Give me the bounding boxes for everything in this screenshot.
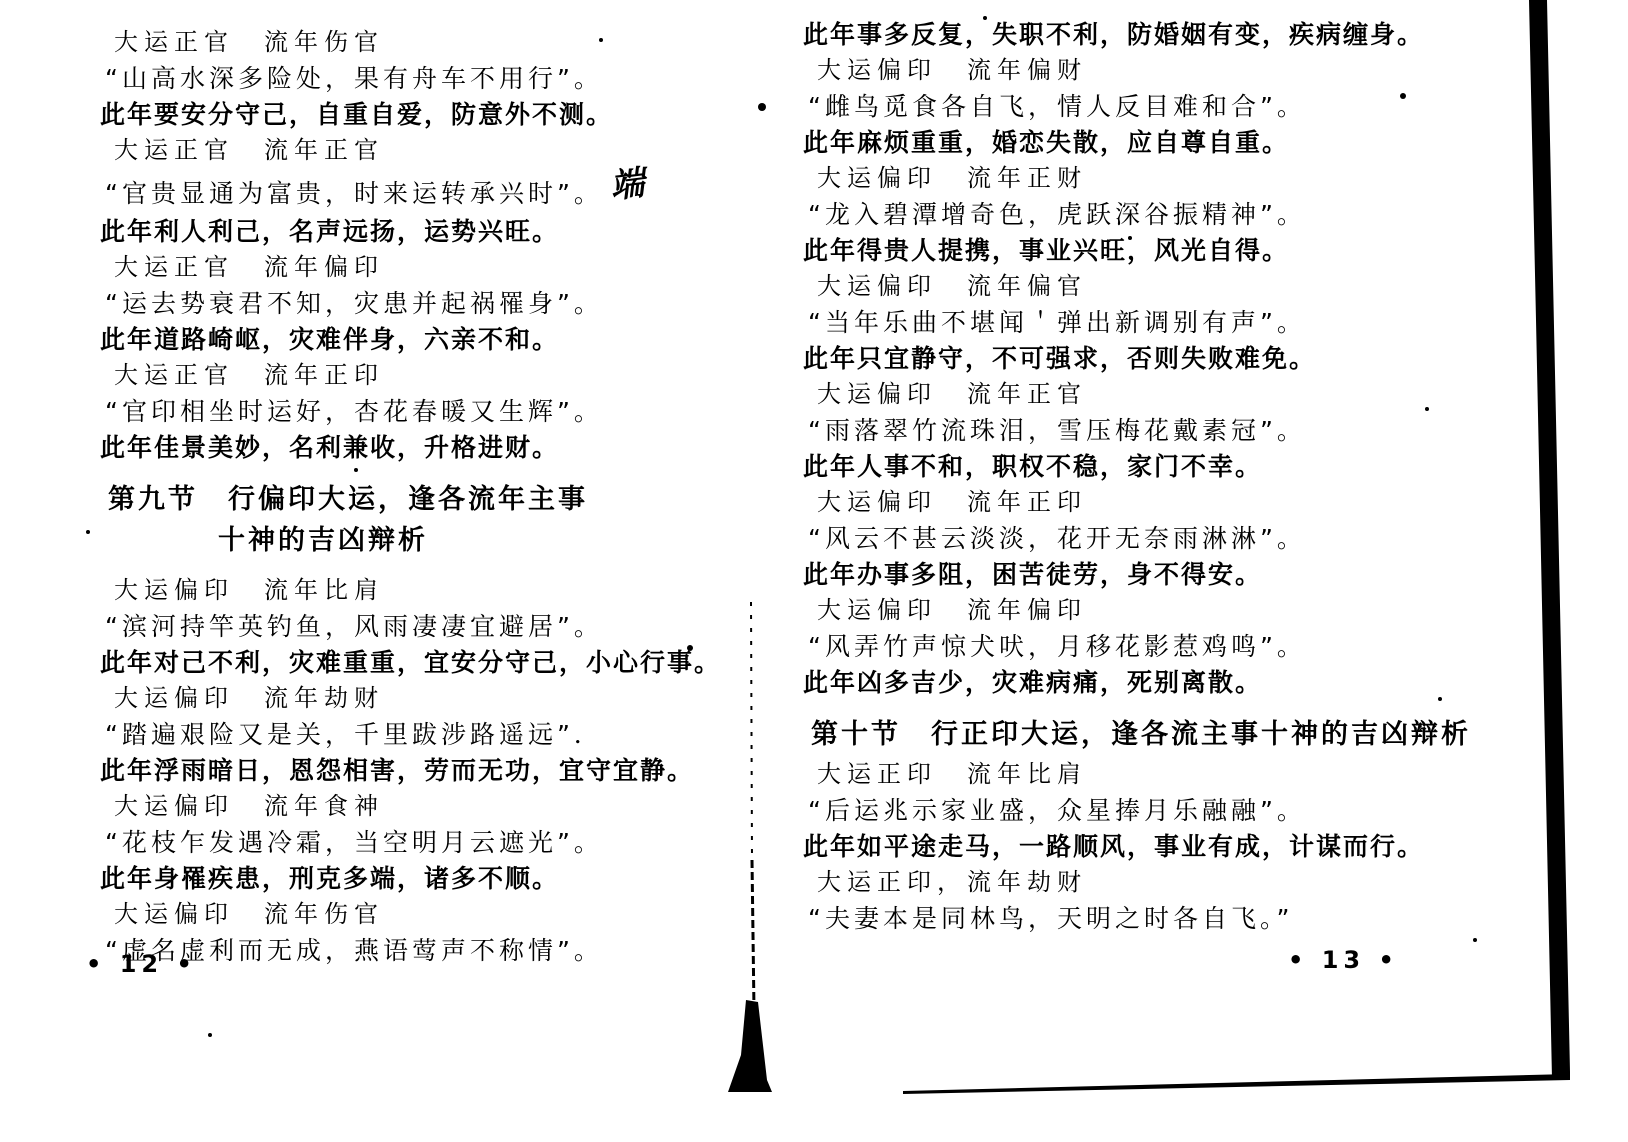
scan-artifact-fold-crease-lower [752,860,754,1010]
right-page-text-column: 此年事多反复，失职不利，防婚姻有变，疾病缠身。大运偏印 流年偏财“雌鸟觅食各自飞… [803,22,1463,942]
text-line-pair: 大运偏印 流年正财 [803,166,1463,190]
text-line-comment: 此年办事多阻，困苦徒劳，身不得安。 [803,562,1463,587]
text-line-comment: 此年对己不利，灾难重重，宜安分守己，小心行事。 [100,650,750,675]
text-line-heading-cont: 十神的吉凶辩析 [100,527,750,554]
scan-artifact-spine-shadow [1529,0,1570,1079]
text-line-comment: 此年身罹疾患，刑克多端，诸多不顺。 [100,866,750,891]
text-line-verse: “山高水深多险处，果有舟车不用行”。 [100,66,750,91]
text-line-pair: 大运偏印 流年偏印 [803,598,1463,622]
text-line-comment: 此年人事不和，职权不稳，家门不幸。 [803,454,1463,479]
text-line-pair: 大运偏印 流年伤官 [100,902,750,926]
text-line-comment: 此年浮雨暗日，恩怨相害，劳而无功，宜守宜静。 [100,758,750,783]
text-line-pair: 大运偏印 流年偏官 [803,274,1463,298]
text-line-pair: 大运正印 流年比肩 [803,762,1463,786]
text-line-verse: “运去势衰君不知，灾患并起祸罹身”。 [100,291,750,316]
text-line-comment: 此年利人利己，名声远扬，运势兴旺。 [100,219,750,244]
text-line-pair: 大运正官 流年偏印 [100,255,750,279]
scan-noise-speck [1473,938,1477,942]
text-line-verse: “滨河持竿英钓鱼，风雨凄凄宜避居”。 [100,614,750,639]
text-line-comment: 此年道路崎岖，灾难伴身，六亲不和。 [100,327,750,352]
text-line-verse: “后运兆示家业盛，众星捧月乐融融”。 [803,798,1463,823]
text-line-verse: “龙入碧潭增奇色，虎跃深谷振精神”。 [803,202,1463,227]
text-line-comment: 此年得贵人提携，事业兴旺，风光自得。 [803,238,1463,263]
text-line-pair: 大运偏印 流年正官 [803,382,1463,406]
text-line-comment: 此年要安分守己，自重自爱，防意外不测。 [100,102,750,127]
scan-noise-speck [758,103,766,111]
scan-artifact-fold-blob [728,1000,772,1092]
text-line-verse: “风云不甚云淡淡，花开无奈雨淋淋”。 [803,526,1463,551]
text-line-verse: “雌鸟觅食各自飞，情人反目难和合”。 [803,94,1463,119]
text-line-heading: 第九节 行偏印大运，逢各流年主事 [100,486,750,513]
left-page-text-column: 大运正官 流年伤官“山高水深多险处，果有舟车不用行”。此年要安分守己，自重自爱，… [100,30,750,974]
text-line-verse: “当年乐曲不堪闻＇弹出新调别有声”。 [803,310,1463,335]
text-line-comment: 此年麻烦重重，婚恋失散，应自尊自重。 [803,130,1463,155]
right-page-number: • 13 • [1288,946,1399,974]
text-line-pair: 大运偏印 流年偏财 [803,58,1463,82]
text-line-pair: 大运偏印 流年劫财 [100,686,750,710]
handwritten-annotation: 端 [608,166,646,204]
text-line-pair: 大运正官 流年正官 [100,138,750,162]
text-line-pair: 大运偏印 流年正印 [803,490,1463,514]
scan-noise-speck [86,530,90,534]
text-line-verse: “夫妻本是同林鸟，天明之时各自飞。” [803,906,1463,931]
text-line-heading: 第十节 行正印大运，逢各流主事十神的吉凶辩析 [803,721,1463,748]
text-line-verse: “花枝乍发遇冷霜，当空明月云遮光”。 [100,830,750,855]
text-line-pair: 大运正官 流年伤官 [100,30,750,54]
scan-artifact-page-edge [903,1074,1570,1094]
scan-noise-speck [208,1033,212,1037]
text-line-verse: “风弄竹声惊犬吠，月移花影惹鸡鸣”。 [803,634,1463,659]
text-line-comment: 此年如平途走马，一路顺风，事业有成，计谋而行。 [803,834,1463,859]
text-line-comment: 此年凶多吉少，灾难病痛，死别离散。 [803,670,1463,695]
text-line-verse: “官贵显通为富贵，时来运转承兴时”。端 [100,174,750,208]
scanned-book-spread: 大运正官 流年伤官“山高水深多险处，果有舟车不用行”。此年要安分守己，自重自爱，… [0,0,1628,1142]
text-line-comment: 此年佳景美妙，名利兼收，升格进财。 [100,435,750,460]
text-line-comment: 此年事多反复，失职不利，防婚姻有变，疾病缠身。 [803,22,1463,47]
text-line-verse: “虚名虚利而无成，燕语莺声不称情”。 [100,938,750,963]
scan-artifact-fold-crease [751,602,752,860]
text-line-verse: “踏遍艰险又是关，千里跋涉路遥远”． [100,722,750,747]
text-line-verse: “雨落翠竹流珠泪，雪压梅花戴素冠”。 [803,418,1463,443]
text-line-pair: 大运正官 流年正印 [100,363,750,387]
text-line-comment: 此年只宜静守，不可强求，否则失败难免。 [803,346,1463,371]
left-page-number: • 12 • [86,950,197,978]
text-line-pair: 大运正印，流年劫财 [803,870,1463,894]
text-line-pair: 大运偏印 流年食神 [100,794,750,818]
text-line-pair: 大运偏印 流年比肩 [100,578,750,602]
text-line-verse: “官印相坐时运好，杏花春暖又生辉”。 [100,399,750,424]
